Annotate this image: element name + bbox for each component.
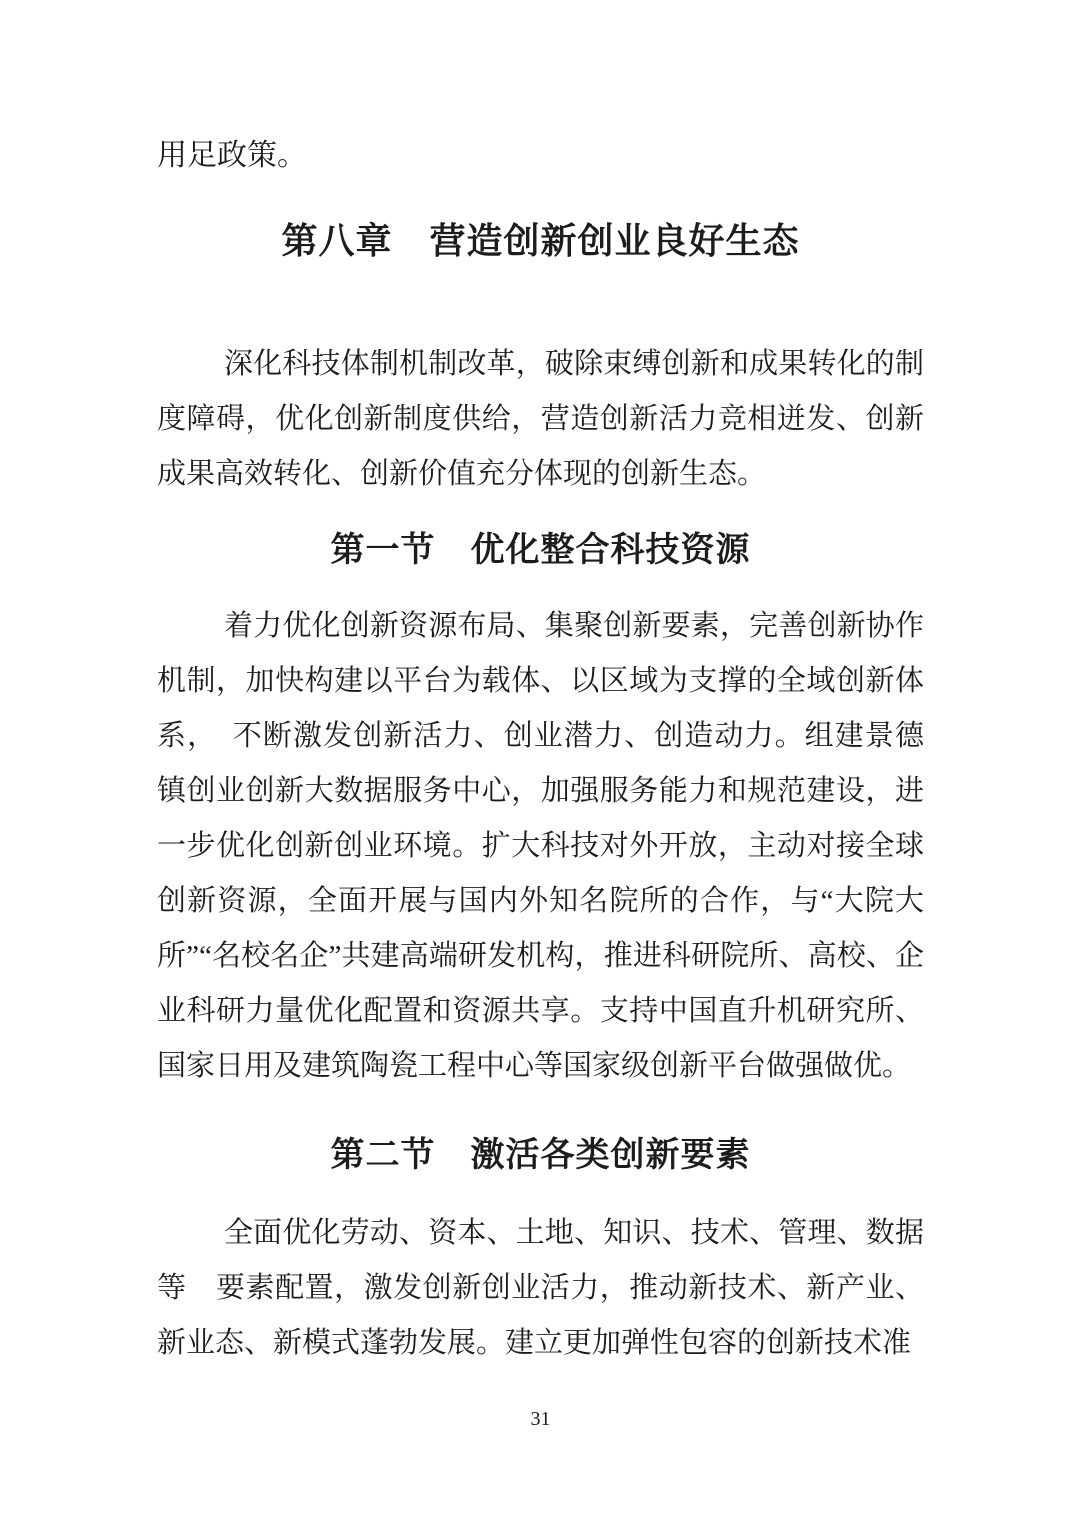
section-2-heading: 第二节 激活各类创新要素 xyxy=(157,1133,924,1177)
section-1-heading: 第一节 优化整合科技资源 xyxy=(157,528,924,572)
page-number: 31 xyxy=(157,1406,924,1432)
chapter-intro-paragraph: 深化科技体制机制改革，破除束缚创新和成果转化的制度障碍，优化创新制度供给，营造创… xyxy=(157,337,924,502)
section-1-paragraph: 着力优化创新资源布局、集聚创新要素，完善创新协作机制，加快构建以平台为载体、以区… xyxy=(157,599,924,1094)
chapter-heading: 第八章 营造创新创业良好生态 xyxy=(157,218,924,264)
paragraph-continuation-line: 用足政策。 xyxy=(157,139,924,173)
section-2-paragraph: 全面优化劳动、资本、土地、知识、技术、管理、数据等 要素配置，激发创新创业活力，… xyxy=(157,1206,924,1371)
document-page: 用足政策。 第八章 营造创新创业良好生态 深化科技体制机制改革，破除束缚创新和成… xyxy=(0,0,1074,1520)
